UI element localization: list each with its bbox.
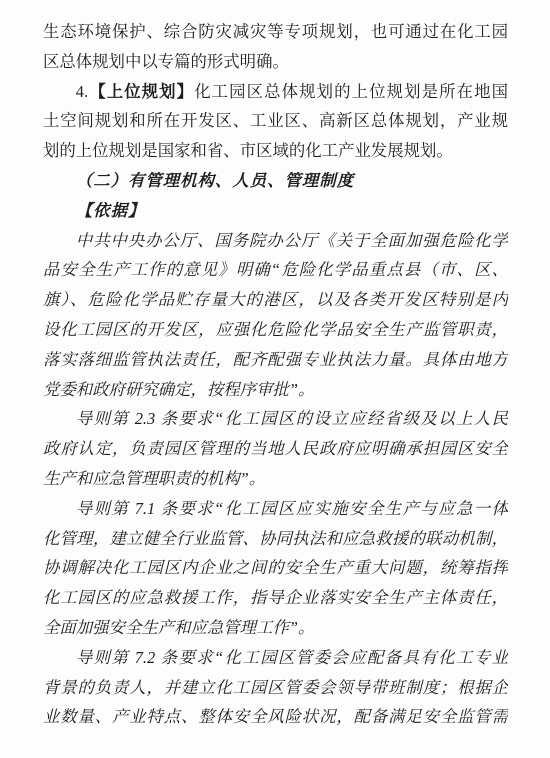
- body-line: 旗）、危险化学品贮存量大的港区，以及各类开发区特别是内: [43, 285, 508, 315]
- body-line: 业数量、产业特点、整体安全风险状况，配备满足安全监管需: [43, 702, 508, 732]
- basis-heading: 【依据】: [43, 196, 508, 226]
- body-line: 土空间规划和所在开发区、工业区、高新区总体规划，产业规: [43, 106, 508, 136]
- paragraph-first-line: 导则第 7.2 条要求“化工园区管委会应配备具有化工专业: [43, 643, 508, 673]
- body-line: 协调解决化工园区内企业之间的安全生产重大问题，统筹指挥: [43, 553, 508, 583]
- paragraph-first-line: 导则第 2.3 条要求“化工园区的设立应经省级及以上人民: [43, 404, 508, 434]
- body-line: 化管理，建立健全行业监管、协同执法和应急救援的联动机制，: [43, 524, 508, 554]
- body-line: 落实落细监管执法责任，配齐配强专业执法力量。具体由地方: [43, 345, 508, 375]
- body-line: 生产和应急管理职责的机构”。: [43, 464, 508, 494]
- body-line: 区总体规划中以专篇的形式明确。: [43, 47, 508, 77]
- body-line: 生态环境保护、综合防灾减灾等专项规划，也可通过在化工园: [43, 17, 508, 47]
- text-area: 生态环境保护、综合防灾减灾等专项规划，也可通过在化工园 区总体规划中以专篇的形式…: [43, 17, 508, 732]
- term-label: 【上位规划】: [88, 82, 194, 101]
- body-line: 全面加强安全生产和应急管理工作”。: [43, 613, 508, 643]
- body-text: 化工园区总体规划的上位规划是所在地国: [194, 82, 508, 101]
- body-line: 政府认定，负责园区管理的当地人民政府应明确承担园区安全: [43, 434, 508, 464]
- body-line: 划的上位规划是国家和省、市区域的化工产业发展规划。: [43, 136, 508, 166]
- document-page: 生态环境保护、综合防灾减灾等专项规划，也可通过在化工园 区总体规划中以专篇的形式…: [0, 0, 550, 758]
- paragraph-first-line: 中共中央办公厅、国务院办公厅《关于全面加强危险化学: [43, 226, 508, 256]
- body-line: 设化工园区的开发区，应强化危险化学品安全生产监管职责，: [43, 315, 508, 345]
- body-line: 品安全生产工作的意见》明确“危险化学品重点县（市、区、: [43, 255, 508, 285]
- paragraph-first-line: 导则第 7.1 条要求“化工园区应实施安全生产与应急一体: [43, 494, 508, 524]
- item-number: 4.: [76, 82, 88, 101]
- section-heading: （二）有管理机构、人员、管理制度: [43, 166, 508, 196]
- body-line: 背景的负责人，并建立化工园区管委会领导带班制度；根据企: [43, 673, 508, 703]
- body-line: 化工园区的应急救援工作，指导企业落实安全生产主体责任，: [43, 583, 508, 613]
- body-line: 党委和政府研究确定，按程序审批”。: [43, 375, 508, 405]
- paragraph-first-line: 4.【上位规划】化工园区总体规划的上位规划是所在地国: [43, 77, 508, 107]
